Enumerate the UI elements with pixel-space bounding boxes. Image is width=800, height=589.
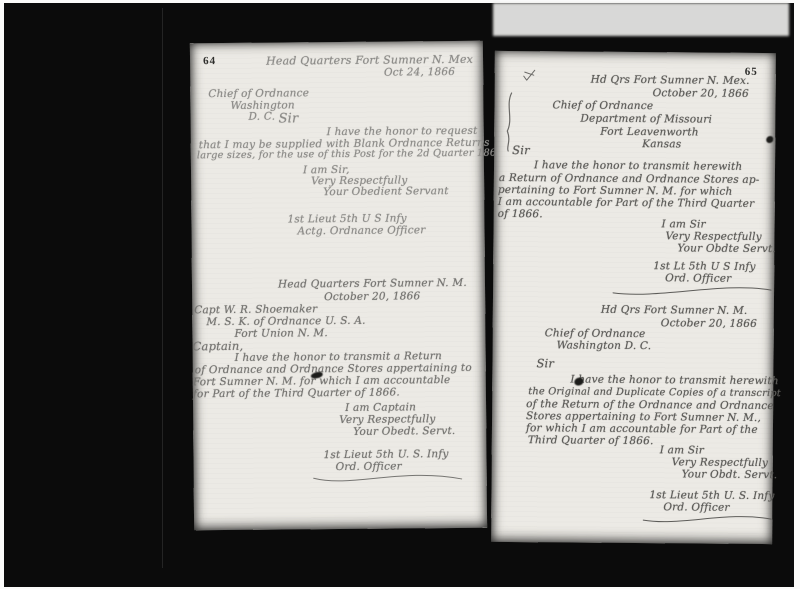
page-number-left: 64: [203, 55, 216, 67]
film-scratch: [162, 8, 163, 568]
letter-closing: Your Obdt. Servt.: [682, 468, 778, 481]
letter-closing: Your Obedt. Servt.: [353, 425, 455, 438]
letter-body-line: for Part of the Third Quarter of 1866.: [193, 386, 400, 400]
letter-salutation: Sir: [278, 111, 298, 126]
signature-flourish: [312, 471, 467, 488]
letter-addressee: Chief of Ordnance: [552, 99, 653, 112]
ledger-page-right: 65 Hd Qrs Fort Sumner N. Mex. October 20…: [491, 51, 776, 544]
letter-heading-date: October 20, 1866: [653, 87, 749, 100]
letter-addressee: Washington D. C.: [557, 339, 652, 352]
letter-heading-date: October 20, 1866: [324, 290, 420, 303]
letter-addressee: D. C.: [248, 111, 275, 123]
letter-closing: I am Captain: [345, 401, 416, 414]
letter-closing: Your Obdte Servt.: [677, 242, 776, 255]
letter-signature-rank: 1st Lt 5th U S Infy: [653, 260, 755, 273]
letter-heading-place: Head Quarters Fort Sumner N. M.: [278, 277, 467, 291]
letter-addressee: M. S. K. of Ordnance U. S. A.: [206, 315, 365, 328]
letter-addressee: Department of Missouri: [580, 113, 712, 126]
letter-body-line: Third Quarter of 1866.: [528, 434, 654, 447]
letter-addressee: Chief of Ordnance: [208, 87, 309, 100]
letter-closing: Very Respectfully: [339, 413, 435, 426]
letter-closing: Very Respectfully: [665, 230, 761, 243]
letter-body-line: I have the honor to transmit herewith: [534, 159, 742, 173]
letter-addressee: Chief of Ordnance: [545, 327, 646, 340]
letter-closing: I am Sir: [660, 444, 704, 456]
letter-signature-rank: 1st Lieut 5th U. S. Infy: [649, 489, 774, 502]
ink-blot: [766, 136, 773, 143]
letter-signature-rank: 1st Lieut 5th U. S. Infy: [323, 448, 448, 461]
letter-addressee: Fort Leavenworth: [600, 126, 699, 139]
letter-body-line: I have the honor to transmit herewith: [570, 374, 778, 388]
letter-body-line: of 1866.: [498, 208, 543, 220]
letter-addressee: Fort Union N. M.: [234, 327, 328, 340]
letter-body-line: the Original and Duplicate Copies of a t…: [528, 386, 781, 399]
check-mark: [523, 69, 537, 83]
letter-heading-place: Hd Qrs Fort Sumner N. M.: [601, 304, 748, 317]
margin-brace-mark: [502, 91, 516, 153]
letter-addressee: Kansas: [642, 138, 681, 150]
letter-signature-rank: 1st Lieut 5th U S Infy: [287, 212, 406, 225]
letter-heading-place: Hd Qrs Fort Sumner N. Mex.: [591, 74, 750, 87]
signature-flourish: [611, 283, 776, 300]
film-exposure-band: [493, 3, 789, 36]
letter-signature-title: Actg. Ordnance Officer: [297, 224, 425, 237]
letter-closing: I am Sir: [662, 218, 706, 230]
letter-salutation: Sir: [536, 356, 554, 370]
letter-addressee: Capt W. R. Shoemaker: [194, 303, 317, 316]
letter-closing: Very Respectfully: [672, 456, 768, 469]
letter-heading-date: October 20, 1866: [661, 317, 757, 330]
letter-closing: Your Obedient Servant: [323, 185, 449, 198]
signature-flourish: [641, 512, 776, 527]
ledger-page-left: 64 Head Quarters Fort Sumner N. Mex Oct …: [190, 41, 487, 531]
letter-body-line: large sizes, for the use of this Post fo…: [197, 148, 506, 162]
letter-heading-date: Oct 24, 1866: [384, 66, 455, 79]
